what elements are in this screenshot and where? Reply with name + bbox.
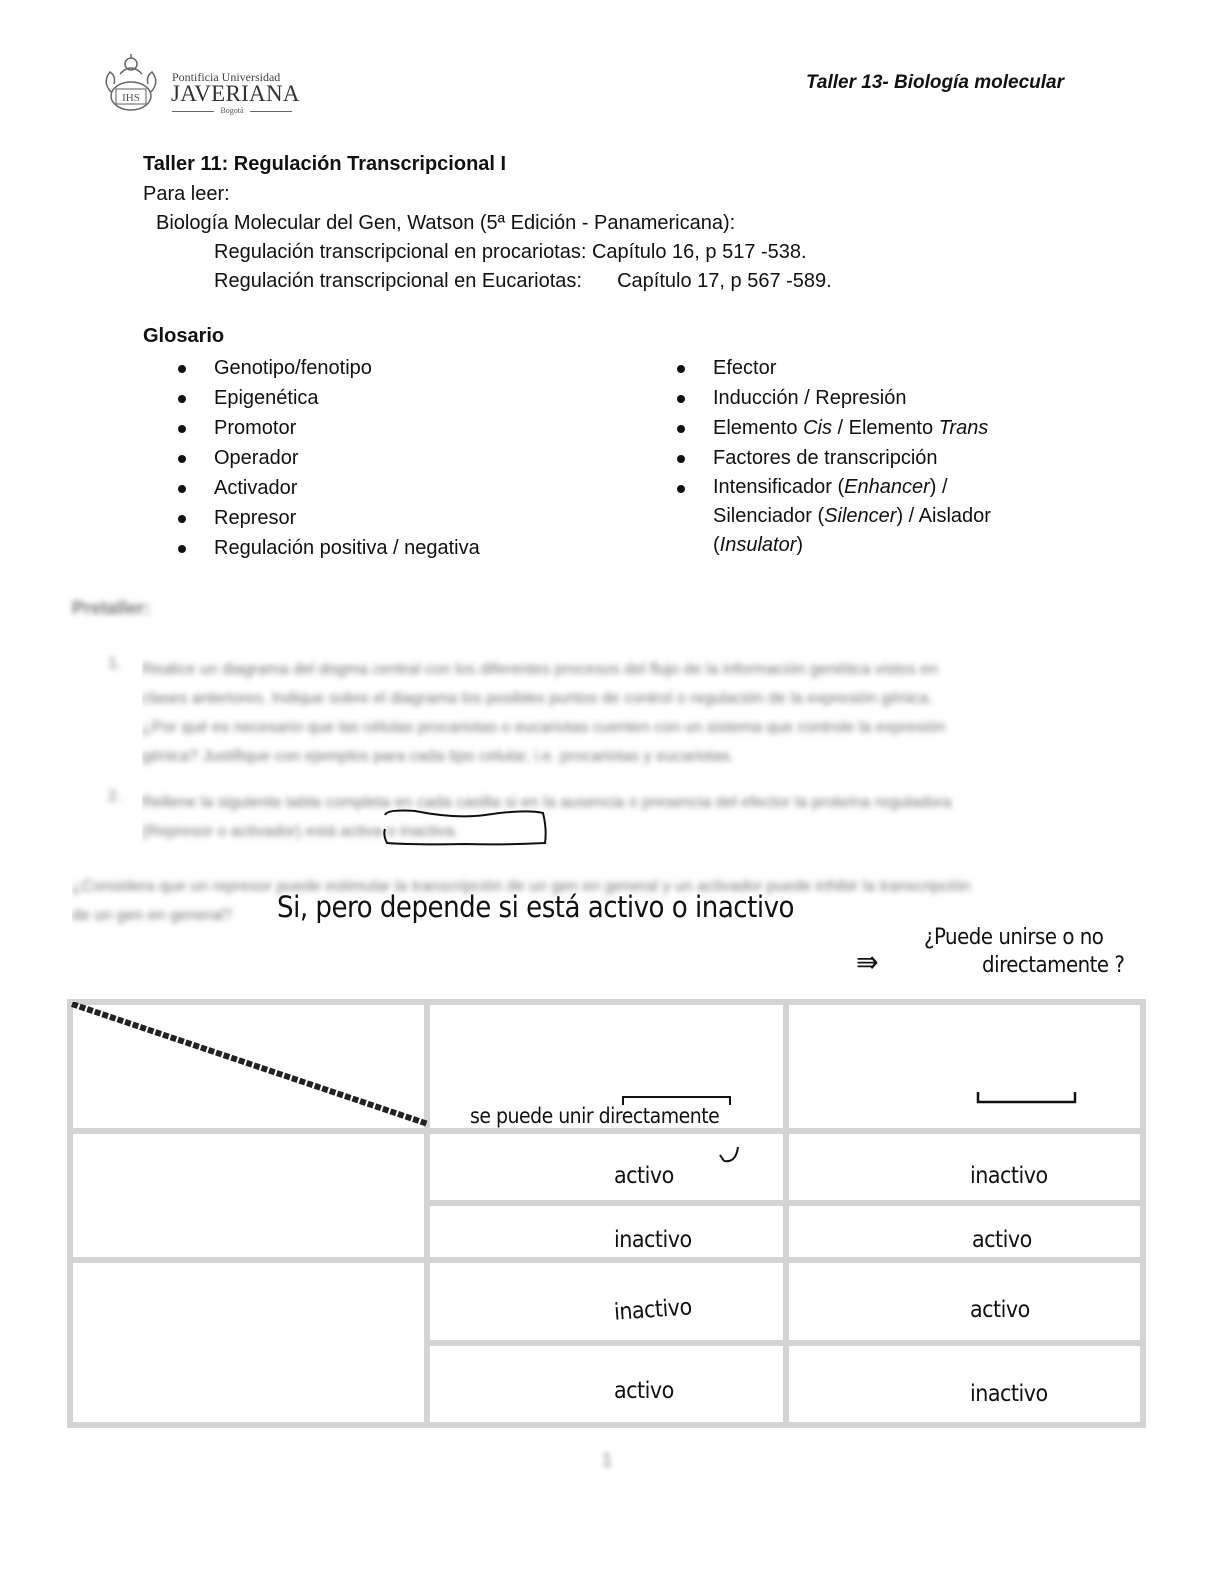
glossary-list-right: Efector Inducción / Represión Elemento C…	[677, 353, 1037, 560]
handwritten-note-line1: ¿Puede unirse o no	[924, 925, 1103, 950]
table-cell: activo	[972, 1227, 1032, 1253]
glossary-item: Factores de transcripción	[677, 443, 1037, 473]
reading-topic: Regulación transcripcional en procariota…	[214, 241, 586, 263]
reading-topic: Regulación transcripcional en Eucariotas…	[214, 270, 582, 292]
glossary-item: Genotipo/fenotipo	[178, 353, 480, 383]
reading-label: Para leer:	[143, 183, 230, 206]
glossary-item: Efector	[677, 353, 1037, 383]
crest-icon: IHS	[98, 52, 164, 116]
glossary-item: Elemento Cis / Elemento Trans	[677, 413, 1037, 443]
svg-text:IHS: IHS	[122, 92, 140, 104]
table-cell: inactivo	[970, 1163, 1048, 1189]
reading-prokaryotes: Regulación transcripcional en procariota…	[214, 241, 807, 264]
header-title: Taller 13- Biología molecular	[806, 72, 1064, 94]
reading-ref: Capítulo 17, p 567 -589.	[617, 270, 832, 292]
question-2-text: Rellene la siguiente tabla completa en c…	[142, 788, 1147, 846]
table-cell: activo	[970, 1297, 1030, 1323]
table-cell: activo	[614, 1163, 674, 1189]
glossary-item: Operador	[178, 443, 480, 473]
table-cell: inactivo	[970, 1381, 1048, 1407]
table-cell: inactivo	[614, 1227, 692, 1253]
page-number: 1	[602, 1450, 612, 1471]
question-1-number: 1.	[108, 655, 121, 673]
handwritten-box-annotation	[375, 805, 555, 850]
glossary-item: Promotor	[178, 413, 480, 443]
glossary-item: Regulación positiva / negativa	[178, 533, 480, 563]
table-cell: activo	[614, 1378, 674, 1404]
workshop-title: Taller 11: Regulación Transcripcional I	[143, 153, 506, 176]
handwritten-answer: Si, pero depende si está activo o inacti…	[277, 890, 794, 924]
question-1-text: Realice un diagrama del dogma central co…	[142, 655, 1147, 771]
handwritten-bracket-annotation	[975, 1090, 1085, 1110]
glossary-item: Inducción / Represión	[677, 383, 1037, 413]
arrow-icon: ⇛	[856, 945, 878, 980]
reading-eukaryotes: Regulación transcripcional en Eucariotas…	[214, 270, 832, 293]
section-heading-redacted: Pretaller:	[72, 598, 150, 619]
reading-ref: Capítulo 16, p 517 -538.	[592, 241, 807, 263]
logo-line2: JAVERIANA	[171, 81, 300, 107]
book-reference: Biología Molecular del Gen, Watson (5ª E…	[156, 212, 735, 235]
glossary-item: Activador	[178, 473, 480, 503]
glossary-title: Glosario	[143, 325, 224, 348]
glossary-item: Represor	[178, 503, 480, 533]
glossary-item: Intensificador (Enhancer) /Silenciador (…	[677, 473, 1037, 560]
university-logo: IHS Pontificia Universidad JAVERIANA Bog…	[96, 50, 296, 120]
question-2-number: 2.	[108, 788, 121, 806]
logo-line3: Bogotá	[172, 106, 292, 115]
glossary-list-left: Genotipo/fenotipo Epigenética Promotor O…	[178, 353, 480, 563]
glossary-item: Epigenética	[178, 383, 480, 413]
diagonal-header-line	[70, 1002, 430, 1128]
handwritten-note-line2: directamente ?	[982, 953, 1124, 978]
handwritten-bracket-annotation	[620, 1085, 760, 1175]
table-cell: inactivo	[613, 1294, 692, 1325]
